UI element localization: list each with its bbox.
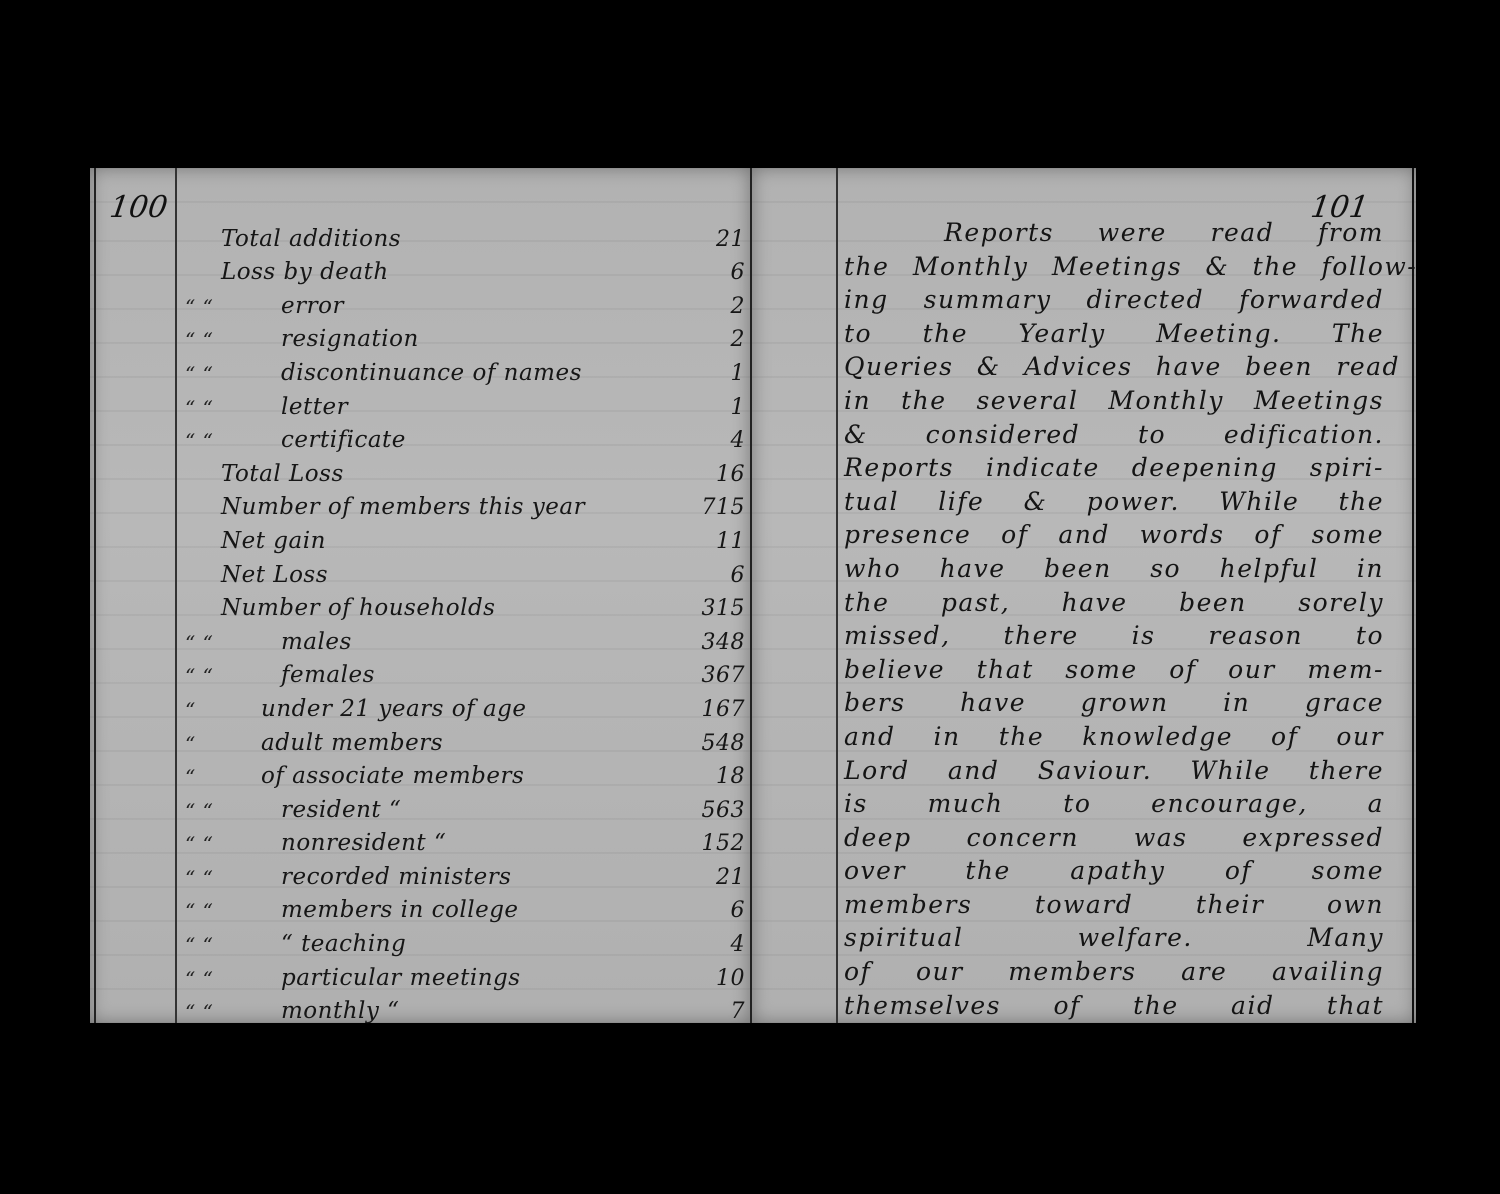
- ledger-row: “ “letter1: [185, 386, 745, 420]
- text-line: of our members are availing: [844, 955, 1384, 989]
- ledger-value: 21: [675, 227, 745, 252]
- ditto-mark: “ “: [185, 933, 221, 957]
- ledger-label: Total Loss: [221, 461, 675, 487]
- ledger-value: 348: [675, 630, 745, 655]
- ledger-row: “ “monthly “7: [185, 991, 745, 1025]
- text-line: who have been so helpful in: [844, 552, 1384, 586]
- ledger-label: letter: [221, 394, 675, 420]
- text-line: presence of and words of some: [844, 518, 1384, 552]
- text-line: spiritual welfare. Many: [844, 921, 1384, 955]
- text-line: deep concern was expressed: [844, 821, 1384, 855]
- page-edge-line: [94, 168, 96, 1023]
- text-line: in the several Monthly Meetings: [844, 384, 1384, 418]
- ditto-mark: “ “: [185, 295, 221, 319]
- right-page: 101 Reports were read fromthe Monthly Me…: [752, 168, 1416, 1023]
- text-line: ing summary directed forwarded: [844, 283, 1384, 317]
- text-line: bers have grown in grace: [844, 686, 1384, 720]
- text-line: Reports indicate deepening spiri-: [844, 451, 1384, 485]
- ledger-label: Net Loss: [221, 562, 675, 588]
- page-edge-line: [1412, 168, 1414, 1023]
- ledger-row: Net Loss6: [185, 554, 745, 588]
- ditto-mark: “ “: [185, 967, 221, 991]
- ledger-label: males: [221, 629, 675, 655]
- text-line: is much to encourage, a: [844, 787, 1384, 821]
- margin-line: [175, 168, 177, 1023]
- minutes-text: Reports were read fromthe Monthly Meetin…: [844, 216, 1384, 1022]
- ledger-value: 4: [675, 932, 745, 957]
- text-line: over the apathy of some: [844, 854, 1384, 888]
- text-line: members toward their own: [844, 888, 1384, 922]
- ledger-value: 11: [675, 529, 745, 554]
- ledger-value: 2: [675, 294, 745, 319]
- text-line: the Monthly Meetings & the follow-: [844, 250, 1384, 284]
- text-line: to the Yearly Meeting. The: [844, 317, 1384, 351]
- ditto-mark: “ “: [185, 396, 221, 420]
- ledger-label: recorded ministers: [221, 864, 675, 890]
- ledger-value: 10: [675, 966, 745, 991]
- ledger-label: Number of households: [221, 595, 675, 621]
- ledger-label: Number of members this year: [221, 494, 675, 520]
- ditto-mark: “ “: [185, 631, 221, 655]
- ledger-label: resident “: [221, 797, 675, 823]
- text-line: the past, have been sorely: [844, 586, 1384, 620]
- ledger-row: “ “error2: [185, 285, 745, 319]
- ditto-mark: “ “: [185, 832, 221, 856]
- ledger-value: 16: [675, 462, 745, 487]
- ledger-label: “ teaching: [221, 931, 675, 957]
- ditto-mark: “: [185, 765, 221, 789]
- ledger-row: “ “members in college6: [185, 890, 745, 924]
- ledger-row: “ “resident “563: [185, 789, 745, 823]
- ledger-row: “ “resignation2: [185, 319, 745, 353]
- ledger-row: Total Loss16: [185, 453, 745, 487]
- ledger-label: of associate members: [221, 763, 675, 789]
- ledger-label: members in college: [221, 897, 675, 923]
- ledger-value: 1: [675, 361, 745, 386]
- ditto-mark: “ “: [185, 1000, 221, 1024]
- ledger-value: 6: [675, 563, 745, 588]
- page-number: 100: [108, 190, 170, 225]
- ditto-mark: “: [185, 732, 221, 756]
- ledger-value: 6: [675, 898, 745, 923]
- ledger-value: 367: [675, 663, 745, 688]
- ledger-row: Number of households315: [185, 588, 745, 622]
- ledger-value: 4: [675, 428, 745, 453]
- ledger-value: 167: [675, 697, 745, 722]
- ledger-row: “ “females367: [185, 655, 745, 689]
- text-line: Lord and Saviour. While there: [844, 754, 1384, 788]
- ledger-row: “adult members548: [185, 722, 745, 756]
- ledger-row: “ “discontinuance of names1: [185, 352, 745, 386]
- ledger-label: resignation: [221, 326, 675, 352]
- ledger-value: 6: [675, 260, 745, 285]
- ledger-label: nonresident “: [221, 830, 675, 856]
- ledger-value: 2: [675, 327, 745, 352]
- ditto-mark: “ “: [185, 799, 221, 823]
- ledger-label: certificate: [221, 427, 675, 453]
- ledger-label: Net gain: [221, 528, 675, 554]
- ledger-value: 315: [675, 596, 745, 621]
- ledger-row: “ ““ teaching4: [185, 923, 745, 957]
- ledger-row: “ “particular meetings10: [185, 957, 745, 991]
- ledger-row: “under 21 years of age167: [185, 688, 745, 722]
- ledger-row: “ “certificate4: [185, 420, 745, 454]
- ledger-label: error: [221, 293, 675, 319]
- ledger-label: monthly “: [221, 998, 675, 1024]
- ledger-row: “ “nonresident “152: [185, 823, 745, 857]
- ditto-mark: “ “: [185, 328, 221, 352]
- ledger-value: 715: [675, 495, 745, 520]
- left-page: 100 Total additions21Loss by death6“ “er…: [90, 168, 750, 1023]
- ledger-row: Net gain11: [185, 520, 745, 554]
- ledger-label: under 21 years of age: [221, 696, 675, 722]
- ledger-label: Total additions: [221, 226, 675, 252]
- text-line: tual life & power. While the: [844, 485, 1384, 519]
- ditto-mark: “ “: [185, 664, 221, 688]
- ledger-row: Loss by death6: [185, 252, 745, 286]
- ledger-value: 18: [675, 764, 745, 789]
- ledger-label: particular meetings: [221, 965, 675, 991]
- ledger-row: “of associate members18: [185, 756, 745, 790]
- ledger-label: females: [221, 662, 675, 688]
- ledger-label: Loss by death: [221, 259, 675, 285]
- text-line: missed, there is reason to: [844, 619, 1384, 653]
- ditto-mark: “ “: [185, 866, 221, 890]
- ledger-value: 7: [675, 999, 745, 1024]
- ledger-row: “ “males348: [185, 621, 745, 655]
- ledger-row: “ “recorded ministers21: [185, 856, 745, 890]
- ditto-mark: “: [185, 698, 221, 722]
- text-line: Queries & Advices have been read: [844, 350, 1384, 384]
- ledger-row: Number of members this year715: [185, 487, 745, 521]
- ledger-value: 21: [675, 865, 745, 890]
- ditto-mark: “ “: [185, 362, 221, 386]
- ledger-value: 548: [675, 731, 745, 756]
- text-line: & considered to edification.: [844, 418, 1384, 452]
- text-line: believe that some of our mem-: [844, 653, 1384, 687]
- ditto-mark: “ “: [185, 899, 221, 923]
- ledger-label: discontinuance of names: [221, 360, 675, 386]
- text-line: themselves of the aid that: [844, 989, 1384, 1023]
- ledger-label: adult members: [221, 730, 675, 756]
- margin-line: [836, 168, 838, 1023]
- ledger-value: 152: [675, 831, 745, 856]
- ledger-value: 1: [675, 395, 745, 420]
- statistics-ledger: Total additions21Loss by death6“ “error2…: [185, 218, 745, 1024]
- text-line: Reports were read from: [844, 216, 1384, 250]
- ditto-mark: “ “: [185, 429, 221, 453]
- ledger-row: Total additions21: [185, 218, 745, 252]
- text-line: and in the knowledge of our: [844, 720, 1384, 754]
- ledger-value: 563: [675, 798, 745, 823]
